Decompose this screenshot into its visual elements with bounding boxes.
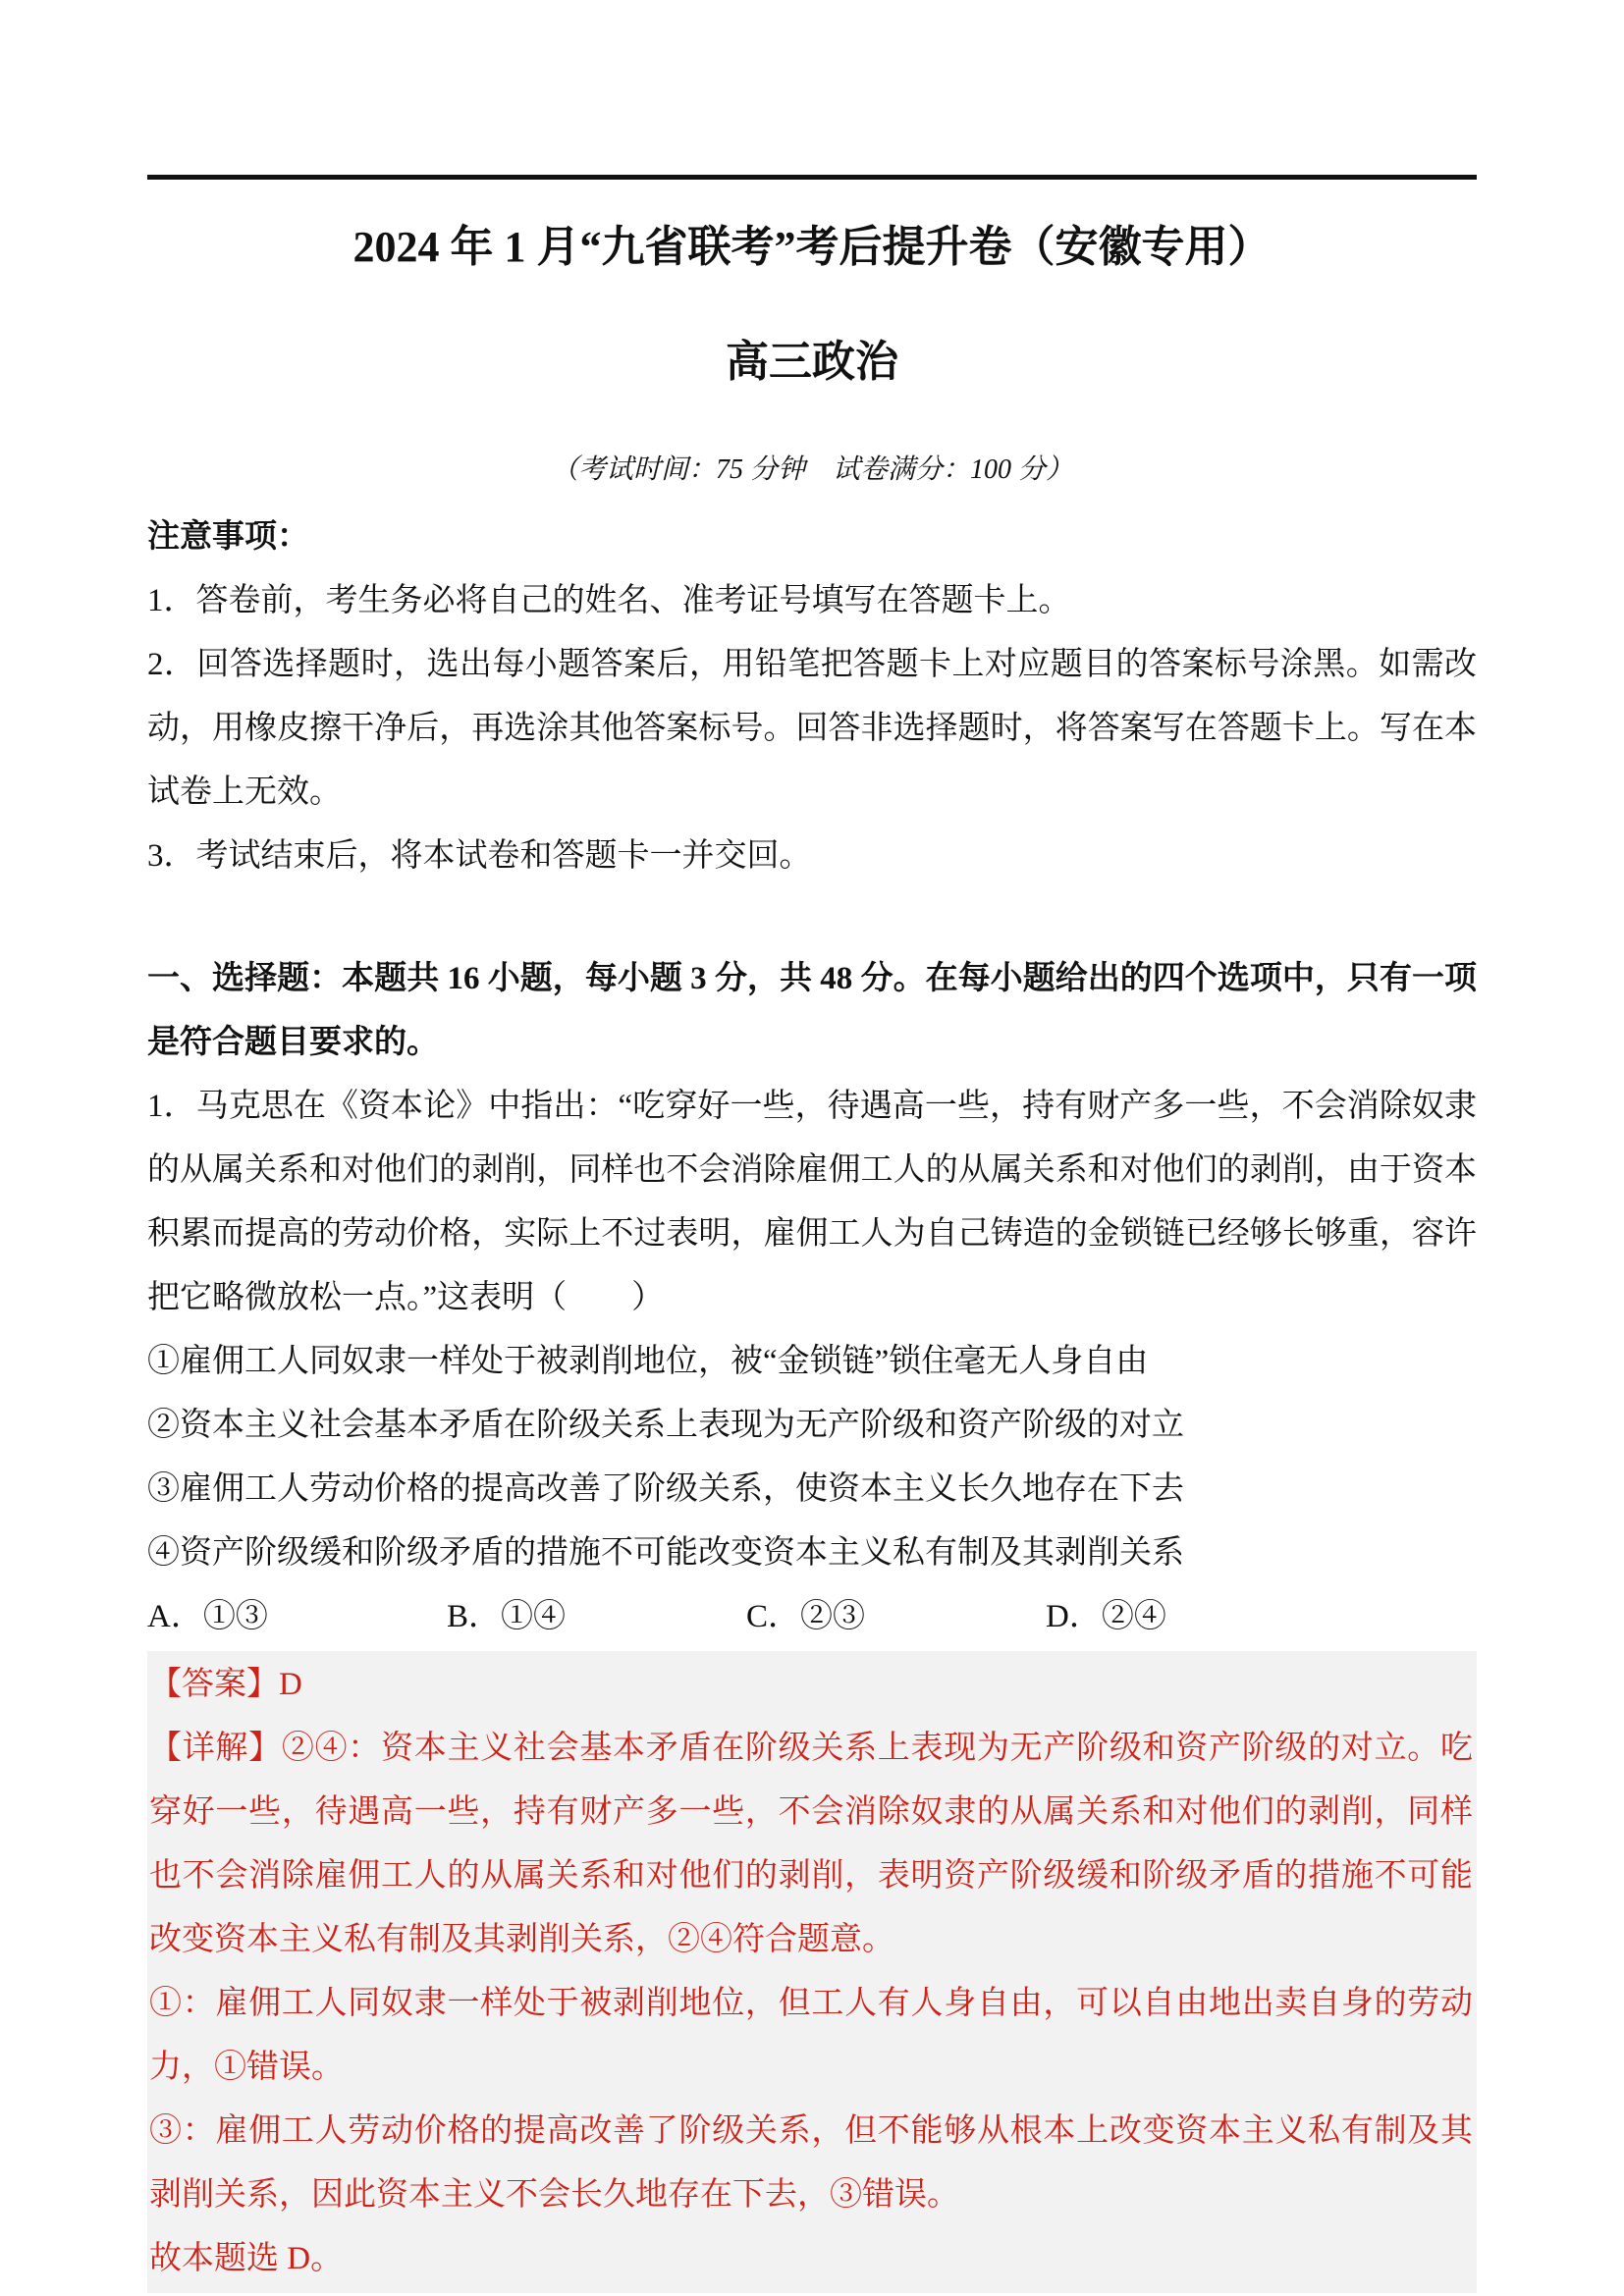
analysis-paragraph-2: ①：雇佣工人同奴隶一样处于被剥削地位，但工人有人身自由，可以自由地出卖自身的劳动… (149, 1972, 1473, 2100)
question-1-statement-1: ①雇佣工人同奴隶一样处于被剥削地位，被“金锁链”锁住毫无人身自由 (147, 1330, 1477, 1394)
analysis-text-1: ②④：资本主义社会基本矛盾在阶级关系上表现为无产阶级和资产阶级的对立。吃穿好一些… (149, 1731, 1473, 1957)
notice-item-3: 3．考试结束后，将本试卷和答题卡一并交回。 (147, 825, 1477, 888)
choice-b: B．①④ (447, 1585, 746, 1649)
analysis-paragraph-1: 【详解】②④：资本主义社会基本矛盾在阶级关系上表现为无产阶级和资产阶级的对立。吃… (149, 1717, 1473, 1972)
question-1-statement-4: ④资产阶级缓和阶级矛盾的措施不可能改变资本主义私有制及其剥削关系 (147, 1522, 1477, 1585)
page-title: 2024 年 1 月“九省联考”考后提升卷（安徽专用） (147, 217, 1477, 278)
header-divider (147, 175, 1477, 180)
question-1-statement-3: ③雇佣工人劳动价格的提高改善了阶级关系，使资本主义长久地存在下去 (147, 1458, 1477, 1522)
answer-line: 【答案】D (149, 1653, 1473, 1717)
page-subtitle: 高三政治 (147, 333, 1477, 392)
question-1-choices: A．①③B．①④C．②③D．②④ (147, 1585, 1477, 1649)
choice-d: D．②④ (1046, 1585, 1166, 1649)
answer-explanation-block: 【答案】D 【详解】②④：资本主义社会基本矛盾在阶级关系上表现为无产阶级和资产阶… (147, 1651, 1477, 2293)
analysis-paragraph-3: ③：雇佣工人劳动价格的提高改善了阶级关系，但不能够从根本上改变资本主义私有制及其… (149, 2100, 1473, 2227)
exam-paper-page: 2024 年 1 月“九省联考”考后提升卷（安徽专用） 高三政治 （考试时间：7… (0, 0, 1624, 2296)
question-1-stem: 1．马克思在《资本论》中指出：“吃穿好一些，待遇高一些，持有财产多一些，不会消除… (147, 1075, 1477, 1330)
choice-a: A．①③ (147, 1585, 447, 1649)
page-content: 2024 年 1 月“九省联考”考后提升卷（安徽专用） 高三政治 （考试时间：7… (147, 175, 1477, 2293)
exam-info-line: （考试时间：75 分钟 试卷满分：100 分） (147, 453, 1477, 488)
notice-item-1: 1．答卷前，考生务必将自己的姓名、准考证号填写在答题卡上。 (147, 569, 1477, 633)
notice-heading: 注意事项： (147, 506, 1477, 569)
question-1-statement-2: ②资本主义社会基本矛盾在阶级关系上表现为无产阶级和资产阶级的对立 (147, 1394, 1477, 1458)
notice-item-2: 2．回答选择题时，选出每小题答案后，用铅笔把答题卡上对应题目的答案标号涂黑。如需… (147, 633, 1477, 825)
analysis-conclusion: 故本题选 D。 (149, 2227, 1473, 2291)
analysis-label: 【详解】 (149, 1731, 282, 1766)
answer-label: 【答案】 (149, 1667, 279, 1702)
section-heading: 一、选择题：本题共 16 小题，每小题 3 分，共 48 分。在每小题给出的四个… (147, 947, 1477, 1075)
choice-c: C．②③ (746, 1585, 1046, 1649)
answer-value: D (279, 1667, 302, 1702)
